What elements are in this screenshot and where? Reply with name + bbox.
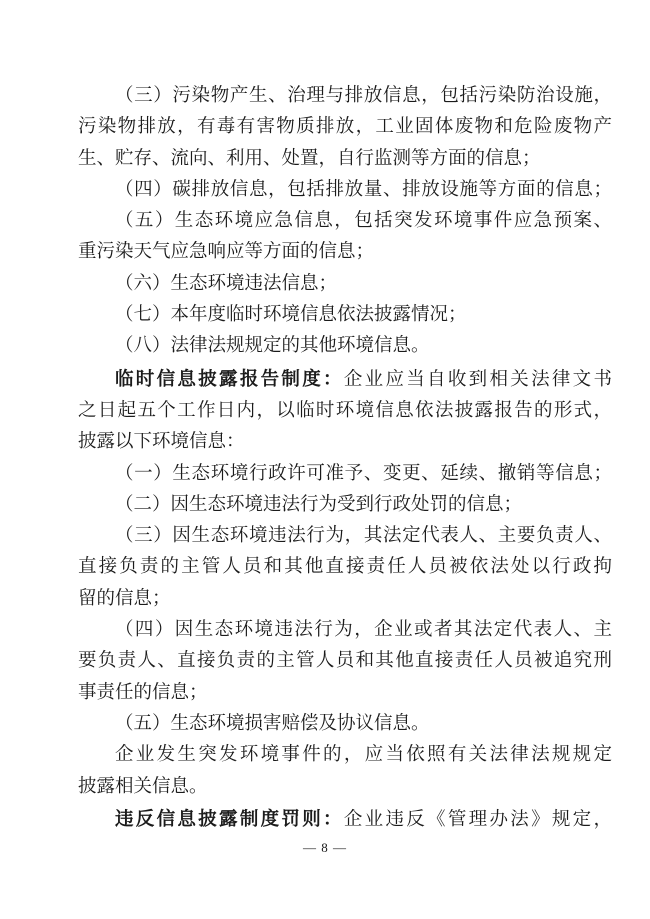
text-line: （二）因生态环境违法行为受到行政处罚的信息； — [78, 490, 612, 521]
text-line: 临时信息披露报告制度：企业应当自收到相关法律文书 — [78, 363, 612, 396]
text-line: 披露以下环境信息： — [78, 427, 612, 458]
line-text: 直接负责的主管人员和其他直接责任人员被依法处以行政拘 — [78, 557, 612, 577]
text-line: 违反信息披露制度罚则：企业违反《管理办法》规定， — [78, 803, 612, 836]
text-line: 重污染天气应急响应等方面的信息； — [78, 237, 612, 268]
line-text: 生、贮存、流向、利用、处置，自行监测等方面的信息； — [78, 149, 541, 169]
document-body: （三）污染物产生、治理与排放信息，包括污染防治设施，污染物排放，有毒有害物质排放… — [78, 81, 612, 836]
text-line: （一）生态环境行政许可准予、变更、延续、撤销等信息； — [78, 459, 612, 490]
line-text: 企业应当自收到相关法律文书 — [344, 370, 612, 390]
bold-lead-phrase: 临时信息披露报告制度： — [115, 368, 344, 389]
line-text: 要负责人、直接负责的主管人员和其他直接责任人员被追究刑 — [78, 651, 612, 671]
text-line: 事责任的信息； — [78, 678, 612, 709]
text-line: （三）因生态环境违法行为，其法定代表人、主要负责人、 — [78, 521, 612, 552]
text-line: 之日起五个工作日内，以临时环境信息依法披露报告的形式， — [78, 396, 612, 427]
line-text: 披露相关信息。 — [78, 777, 208, 797]
page-footer: — 8 — — [0, 840, 650, 856]
line-text: （七）本年度临时环境信息依法披露情况； — [115, 305, 467, 325]
text-line: （五）生态环境应急信息，包括突发环境事件应急预案、 — [78, 206, 612, 237]
line-text: （五）生态环境应急信息，包括突发环境事件应急预案、 — [115, 211, 612, 231]
text-line: 要负责人、直接负责的主管人员和其他直接责任人员被追究刑 — [78, 646, 612, 677]
line-text: 企业违反《管理办法》规定， — [344, 810, 612, 830]
text-line: （七）本年度临时环境信息依法披露情况； — [78, 300, 612, 331]
line-text: 披露以下环境信息： — [78, 432, 245, 452]
line-text: 留的信息； — [78, 589, 171, 609]
line-text: 企业发生突发环境事件的，应当依照有关法律法规规定 — [115, 745, 612, 765]
line-text: 事责任的信息； — [78, 683, 208, 703]
line-text: （四）因生态环境违法行为，企业或者其法定代表人、主 — [115, 620, 612, 640]
text-line: （八）法律法规规定的其他环境信息。 — [78, 331, 612, 362]
page-number: — 8 — — [303, 840, 347, 855]
line-text: （一）生态环境行政许可准予、变更、延续、撤销等信息； — [115, 464, 612, 484]
text-line: 污染物排放，有毒有害物质排放，工业固体废物和危险废物产 — [78, 112, 612, 143]
text-line: 企业发生突发环境事件的，应当依照有关法律法规规定 — [78, 740, 612, 771]
text-line: 留的信息； — [78, 584, 612, 615]
line-text: （四）碳排放信息，包括排放量、排放设施等方面的信息； — [115, 180, 612, 200]
line-text: 重污染天气应急响应等方面的信息； — [78, 242, 374, 262]
text-line: （五）生态环境损害赔偿及协议信息。 — [78, 709, 612, 740]
line-text: （六）生态环境违法信息； — [115, 274, 337, 294]
bold-lead-phrase: 违反信息披露制度罚则： — [115, 808, 344, 829]
text-line: 生、贮存、流向、利用、处置，自行监测等方面的信息； — [78, 144, 612, 175]
text-line: （四）因生态环境违法行为，企业或者其法定代表人、主 — [78, 615, 612, 646]
text-line: 直接负责的主管人员和其他直接责任人员被依法处以行政拘 — [78, 552, 612, 583]
text-line: （三）污染物产生、治理与排放信息，包括污染防治设施， — [78, 81, 612, 112]
text-line: （六）生态环境违法信息； — [78, 269, 612, 300]
line-text: 之日起五个工作日内，以临时环境信息依法披露报告的形式， — [78, 401, 612, 421]
line-text: （八）法律法规规定的其他环境信息。 — [115, 336, 430, 356]
line-text: （五）生态环境损害赔偿及协议信息。 — [115, 714, 430, 734]
line-text: （三）因生态环境违法行为，其法定代表人、主要负责人、 — [115, 526, 612, 546]
document-page: （三）污染物产生、治理与排放信息，包括污染防治设施，污染物排放，有毒有害物质排放… — [0, 0, 650, 919]
line-text: （三）污染物产生、治理与排放信息，包括污染防治设施， — [115, 86, 612, 106]
line-text: （二）因生态环境违法行为受到行政处罚的信息； — [115, 495, 522, 515]
text-line: 披露相关信息。 — [78, 772, 612, 803]
line-text: 污染物排放，有毒有害物质排放，工业固体废物和危险废物产 — [78, 117, 612, 137]
text-line: （四）碳排放信息，包括排放量、排放设施等方面的信息； — [78, 175, 612, 206]
